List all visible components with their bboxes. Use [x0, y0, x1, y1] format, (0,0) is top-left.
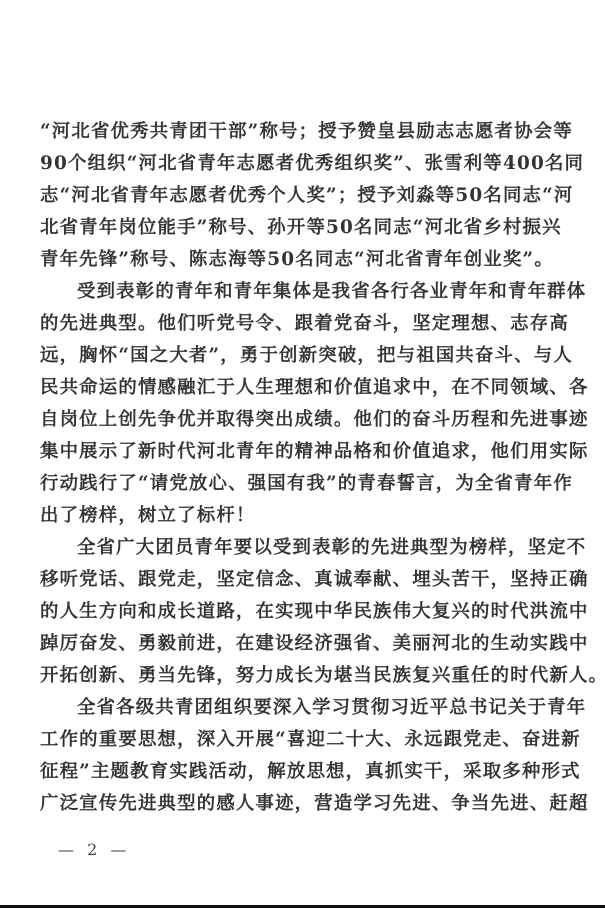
- text-line: 北省青年岗位能手”称号、孙开等50名同志“河北省乡村振兴: [40, 212, 534, 244]
- paragraph: 全省各级共青团组织要深入学习贯彻习近平总书记关于青年 工作的重要思想，深入开展“…: [40, 692, 534, 820]
- text-line: 出了榜样，树立了标杆！: [40, 500, 534, 532]
- text-line: 全省广大团员青年要以受到表彰的先进典型为榜样，坚定不: [40, 532, 534, 564]
- text-line: “河北省优秀共青团干部”称号；授予赞皇县励志志愿者协会等: [40, 116, 534, 148]
- text-line: 远，胸怀“国之大者”，勇于创新突破，把与祖国共奋斗、与人: [40, 340, 534, 372]
- paragraph: “河北省优秀共青团干部”称号；授予赞皇县励志志愿者协会等 90个组织“河北省青年…: [40, 116, 534, 276]
- text-line: 全省各级共青团组织要深入学习贯彻习近平总书记关于青年: [40, 692, 534, 724]
- text-line: 行动践行了“请党放心、强国有我”的青春誓言，为全省青年作: [40, 468, 534, 500]
- paragraph: 全省广大团员青年要以受到表彰的先进典型为榜样，坚定不 移听党话、跟党走，坚定信念…: [40, 532, 534, 692]
- text-line: 志“河北省青年志愿者优秀个人奖”；授予刘淼等50名同志“河: [40, 180, 534, 212]
- text-line: 移听党话、跟党走，坚定信念、真诚奉献、埋头苦干，坚持正确: [40, 564, 534, 596]
- text-line: 开拓创新、勇当先锋，努力成长为堪当民族复兴重任的时代新人。: [40, 660, 534, 692]
- text-line: 踔厉奋发、勇毅前进，在建设经济强省、美丽河北的生动实践中: [40, 628, 534, 660]
- text-line: 工作的重要思想，深入开展“喜迎二十大、永远跟党走、奋进新: [40, 724, 534, 756]
- text-line: 青年先锋”称号、陈志海等50名同志“河北省青年创业奖”。: [40, 244, 534, 276]
- text-line: 征程”主题教育实践活动，解放思想，真抓实干，采取多种形式: [40, 756, 534, 788]
- paragraph: 受到表彰的青年和青年集体是我省各行各业青年和青年群体 的先进典型。他们听党号令、…: [40, 276, 534, 532]
- text-line: 集中展示了新时代河北青年的精神品格和价值追求，他们用实际: [40, 436, 534, 468]
- text-line: 民共命运的情感融汇于人生理想和价值追求中，在不同领域、各: [40, 372, 534, 404]
- document-body: “河北省优秀共青团干部”称号；授予赞皇县励志志愿者协会等 90个组织“河北省青年…: [40, 116, 534, 820]
- text-line: 的先进典型。他们听党号令、跟着党奋斗，坚定理想、志存高: [40, 308, 534, 340]
- text-line: 90个组织“河北省青年志愿者优秀组织奖”、张雪利等400名同: [40, 148, 534, 180]
- page-number: — 2 —: [58, 840, 130, 859]
- text-line: 的人生方向和成长道路，在实现中华民族伟大复兴的时代洪流中: [40, 596, 534, 628]
- text-line: 广泛宣传先进典型的感人事迹，营造学习先进、争当先进、赶超: [40, 788, 534, 820]
- document-page: “河北省优秀共青团干部”称号；授予赞皇县励志志愿者协会等 90个组织“河北省青年…: [0, 0, 605, 906]
- text-line: 受到表彰的青年和青年集体是我省各行各业青年和青年群体: [40, 276, 534, 308]
- text-line: 自岗位上创先争优并取得突出成绩。他们的奋斗历程和先进事迹: [40, 404, 534, 436]
